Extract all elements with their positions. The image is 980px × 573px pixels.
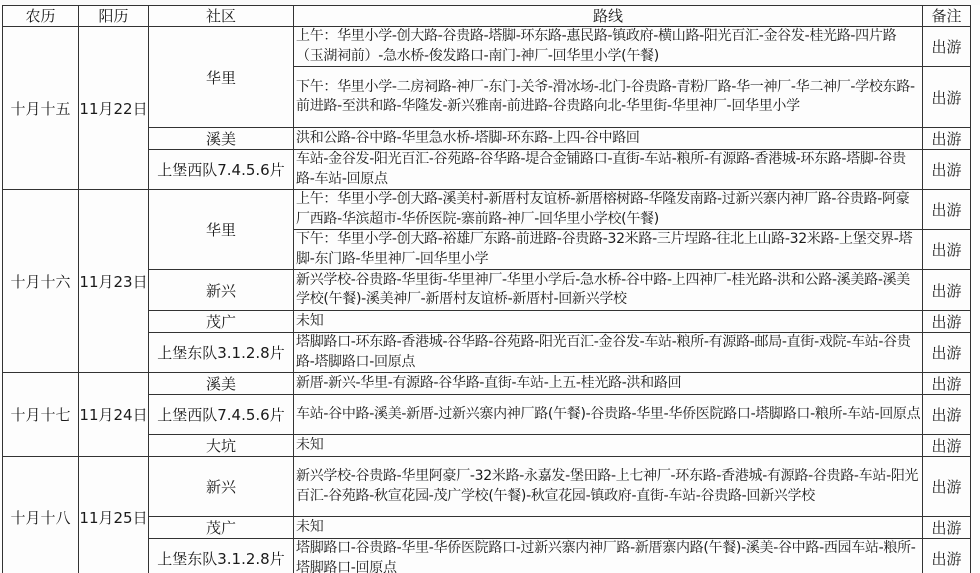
route-cell: 新厝-新兴-华里-有源路-谷华路-直街-车站-上五-桂光路-洪和路回 [294,373,923,395]
route-cell: 下午：华里小学-创大路-裕雄厂东路-前进路-谷贵路-32米路-三片埕路-往北上山… [294,230,923,270]
community-cell: 新兴 [149,457,294,517]
table-row: 十月十五 11月22日 华里 上午：华里小学-创大路-谷贵路-塔脚-环东路-惠民… [3,27,971,67]
route-text: 车站-谷中路-溪美-新厝-过新兴寨内神厂路(午餐)-谷贵路-华里-华侨医院路口-… [296,405,922,425]
community-cell: 华里 [149,27,294,128]
community-cell: 溪美 [149,373,294,395]
route-cell: 塔脚路口-环东路-香港城-谷华路-谷苑路-阳光百汇-金谷发-车站-粮所-有源路-… [294,333,923,373]
community-cell: 上堡东队3.1.2.8片 [149,333,294,373]
table-row: 茂广 未知 出游 [3,517,971,539]
note-cell: 出游 [923,311,971,333]
community-cell: 茂广 [149,311,294,333]
route-text: 塔脚路口-谷贵路-华里-华侨医院路口-过新兴寨内神厂路-新厝寨内路(午餐)-溪美… [296,539,922,573]
lunar-date: 十月十六 [3,190,79,373]
note-cell: 出游 [923,457,971,517]
route-cell: 未知 [294,311,923,333]
route-cell: 洪和公路-谷中路-华里急水桥-塔脚-环东路-上四-谷中路回 [294,128,923,150]
table-row: 上堡东队3.1.2.8片 塔脚路口-环东路-香港城-谷华路-谷苑路-阳光百汇-金… [3,333,971,373]
route-text: 上午：华里小学-创大路-溪美村-新厝村友谊桥-新厝榕树路-华隆发南路-过新兴寨内… [296,190,922,229]
note-cell: 出游 [923,27,971,67]
lunar-date: 十月十八 [3,457,79,573]
table-row: 新兴 新兴学校-谷贵路-华里街-华里神厂-华里小学后-急水桥-谷中路-上四神厂-… [3,270,971,311]
community-cell: 华里 [149,190,294,270]
solar-date: 11月24日 [79,373,149,457]
note-cell: 出游 [923,333,971,373]
route-cell: 新兴学校-谷贵路-华里街-华里神厂-华里小学后-急水桥-谷中路-上四神厂-桂光路… [294,270,923,311]
route-text: 车站-金谷发-阳光百汇-谷苑路-谷华路-堤合金铺路口-直街-车站-粮所-有源路-… [296,150,922,189]
route-cell: 上午：华里小学-创大路-谷贵路-塔脚-环东路-惠民路-镇政府-横山路-阳光百汇-… [294,27,923,67]
route-text: 上午：华里小学-创大路-谷贵路-塔脚-环东路-惠民路-镇政府-横山路-阳光百汇-… [296,27,922,66]
note-cell: 出游 [923,190,971,230]
route-cell: 新兴学校-谷贵路-华里阿豪厂-32米路-永嘉发-堡田路-上七神厂-环东路-香港城… [294,457,923,517]
note-cell: 出游 [923,270,971,311]
table-row: 上堡西队7.4.5.6片 车站-谷中路-溪美-新厝-过新兴寨内神厂路(午餐)-谷… [3,395,971,435]
route-cell: 未知 [294,435,923,457]
route-text: 新厝-新兴-华里-有源路-谷华路-直街-车站-上五-桂光路-洪和路回 [296,374,922,394]
note-cell: 出游 [923,395,971,435]
route-cell: 下午：华里小学-二房祠路-神厂-东门-关爷-滑冰场-北门-谷贵路-青粉厂路-华一… [294,67,923,128]
solar-date: 11月23日 [79,190,149,373]
note-cell: 出游 [923,517,971,539]
table-row: 茂广 未知 出游 [3,311,971,333]
route-text: 下午：华里小学-创大路-裕雄厂东路-前进路-谷贵路-32米路-三片埕路-往北上山… [296,230,922,269]
community-cell: 上堡西队7.4.5.6片 [149,395,294,435]
route-cell: 车站-谷中路-溪美-新厝-过新兴寨内神厂路(午餐)-谷贵路-华里-华侨医院路口-… [294,395,923,435]
header-note: 备注 [923,6,971,27]
route-text: 未知 [296,518,922,538]
note-cell: 出游 [923,150,971,190]
header-lunar: 农历 [3,6,79,27]
table-row: 十月十七 11月24日 溪美 新厝-新兴-华里-有源路-谷华路-直街-车站-上五… [3,373,971,395]
note-cell: 出游 [923,435,971,457]
lunar-date: 十月十五 [3,27,79,190]
community-cell: 大坑 [149,435,294,457]
header-route: 路线 [294,6,923,27]
route-text: 下午：华里小学-二房祠路-神厂-东门-关爷-滑冰场-北门-谷贵路-青粉厂路-华一… [296,78,922,117]
note-cell: 出游 [923,128,971,150]
route-cell: 未知 [294,517,923,539]
route-text: 洪和公路-谷中路-华里急水桥-塔脚-环东路-上四-谷中路回 [296,129,922,149]
route-text: 新兴学校-谷贵路-华里阿豪厂-32米路-永嘉发-堡田路-上七神厂-环东路-香港城… [296,467,922,506]
table-row: 大坑 未知 出游 [3,435,971,457]
route-cell: 塔脚路口-谷贵路-华里-华侨医院路口-过新兴寨内神厂路-新厝寨内路(午餐)-溪美… [294,539,923,573]
note-cell: 出游 [923,373,971,395]
solar-date: 11月22日 [79,27,149,190]
table-row: 上堡东队3.1.2.8片 塔脚路口-谷贵路-华里-华侨医院路口-过新兴寨内神厂路… [3,539,971,573]
community-cell: 上堡东队3.1.2.8片 [149,539,294,573]
community-cell: 新兴 [149,270,294,311]
note-cell: 出游 [923,230,971,270]
route-cell: 车站-金谷发-阳光百汇-谷苑路-谷华路-堤合金铺路口-直街-车站-粮所-有源路-… [294,150,923,190]
header-row: 农历 阳历 社区 路线 备注 [3,6,971,27]
header-solar: 阳历 [79,6,149,27]
table-row: 十月十六 11月23日 华里 上午：华里小学-创大路-溪美村-新厝村友谊桥-新厝… [3,190,971,230]
route-text: 塔脚路口-环东路-香港城-谷华路-谷苑路-阳光百汇-金谷发-车站-粮所-有源路-… [296,333,922,372]
community-cell: 茂广 [149,517,294,539]
note-cell: 出游 [923,67,971,128]
table-row: 溪美 洪和公路-谷中路-华里急水桥-塔脚-环东路-上四-谷中路回 出游 [3,128,971,150]
schedule-table: 农历 阳历 社区 路线 备注 十月十五 11月22日 华里 上午：华里小学-创大… [2,5,971,573]
route-text: 未知 [296,436,922,456]
route-cell: 上午：华里小学-创大路-溪美村-新厝村友谊桥-新厝榕树路-华隆发南路-过新兴寨内… [294,190,923,230]
table-row: 十月十八 11月25日 新兴 新兴学校-谷贵路-华里阿豪厂-32米路-永嘉发-堡… [3,457,971,517]
community-cell: 上堡西队7.4.5.6片 [149,150,294,190]
note-cell: 出游 [923,539,971,573]
route-text: 新兴学校-谷贵路-华里街-华里神厂-华里小学后-急水桥-谷中路-上四神厂-桂光路… [296,271,922,310]
solar-date: 11月25日 [79,457,149,573]
community-cell: 溪美 [149,128,294,150]
header-community: 社区 [149,6,294,27]
route-text: 未知 [296,312,922,332]
lunar-date: 十月十七 [3,373,79,457]
table-row: 上堡西队7.4.5.6片 车站-金谷发-阳光百汇-谷苑路-谷华路-堤合金铺路口-… [3,150,971,190]
